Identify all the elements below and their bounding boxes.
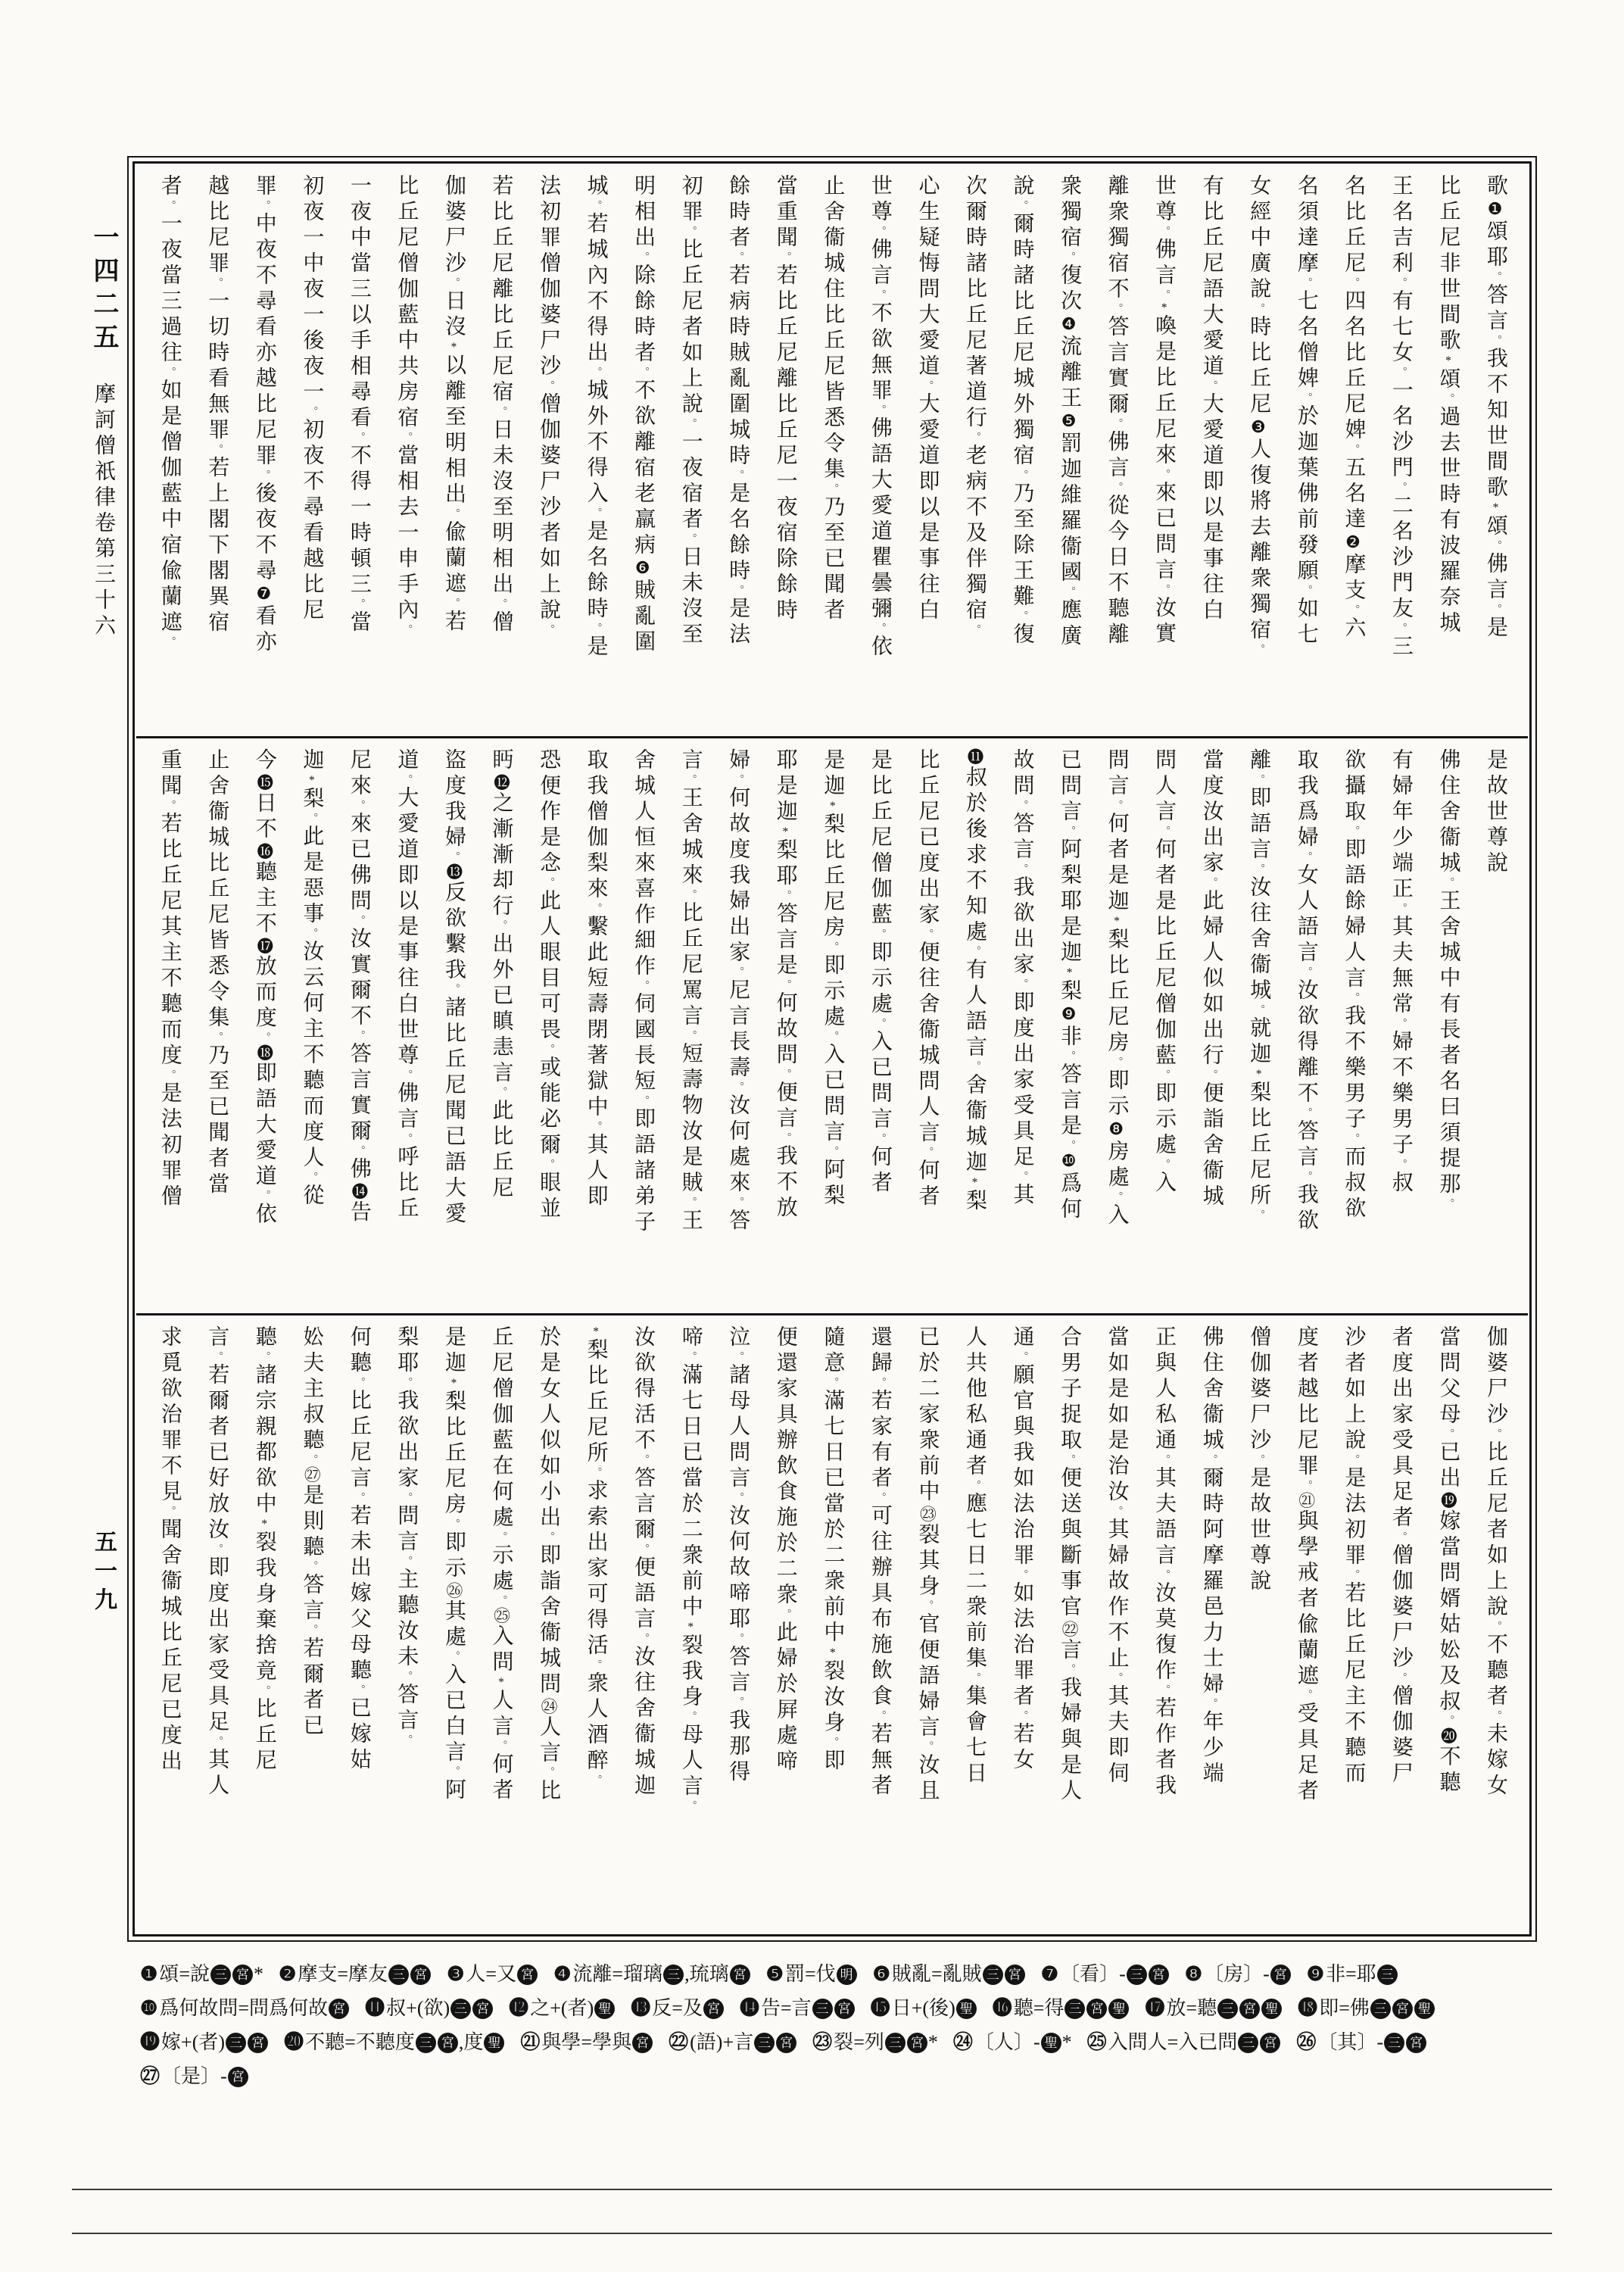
text-column: 度者越比尼罪。㉑與學戒者偸蘭遮。受具足者 (1282, 1325, 1329, 1924)
punctuation: 。 (354, 800, 365, 812)
edition-siglum: 聖 (1041, 2033, 1061, 2053)
text-column: 耶是迦*梨耶。答言是。何故問。便言。我不放 (761, 748, 809, 1309)
punctuation: 。 (780, 1069, 791, 1081)
text-column: 丘尼僧伽藍在何處。示處。㉕入問*人言。何者 (477, 1325, 525, 1924)
text-column: 離。即語言。汝往舍衞城。就迦*梨比丘尼所。 (1235, 748, 1283, 1309)
punctuation: 。 (732, 470, 743, 482)
footnote-entry: ⓱放=聽三宮聖 (1145, 1991, 1283, 2025)
footnote-number: ❾ (1307, 1963, 1324, 1985)
text-block-inner-border: 歌❶頌耶。答言。我不知世間歌*頌。佛言。是比丘尼非世間歌*頌。過去世時有波羅奈城… (132, 161, 1532, 1937)
text-column: 人共他私通者。應七日二衆前集。集會七日 (950, 1325, 998, 1924)
footnote-number: ㉓ (812, 2031, 832, 2053)
punctuation: 。 (827, 1377, 838, 1389)
punctuation: 。 (1064, 1664, 1075, 1676)
variant-asterisk-mark: * (1111, 915, 1124, 928)
footnote-marker: ❷ (1344, 533, 1362, 553)
footnote-number: ⓱ (1145, 1997, 1164, 2019)
text-column: 比丘尼已度出家。便往舍衞城問人言。何者 (903, 748, 951, 1309)
edition-siglum: 宮 (1086, 1999, 1107, 2019)
punctuation: 。 (591, 507, 602, 520)
punctuation: 。 (732, 1633, 743, 1645)
footnote-number: ㉕ (1087, 2031, 1107, 2053)
punctuation: 。 (306, 1454, 317, 1466)
punctuation: 。 (921, 380, 933, 392)
punctuation: 。 (591, 1659, 602, 1671)
bottom-rule-lower (72, 2233, 1552, 2234)
text-column: 便還家具辦飲食施於二衆。此婦於屛處啼 (761, 1325, 809, 1924)
punctuation: 。 (1206, 380, 1217, 392)
footnote-number: ⓭ (631, 1997, 650, 2019)
footnote-apparatus: ❶頌=說三宮*❷摩支=摩友三宮❸人=又宮❹流離=瑠璃三,琉璃宮❺罰=伐明❻賊亂=… (140, 1957, 1541, 2093)
text-column: 汝欲得活不。答言爾。便語言。汝往舍衞城迦 (619, 1325, 667, 1924)
footnote-marker: ㉖ (444, 1582, 463, 1599)
punctuation: 。 (543, 380, 554, 392)
punctuation: 。 (1158, 469, 1170, 481)
volume-title-label: 摩訶僧祇律卷第三十六 (88, 382, 118, 640)
footnote-marker: ⓴ (1439, 1727, 1457, 1745)
text-column: 衆獨宿。復次❹流離王❺罰迦維羅衞國。應廣 (1046, 174, 1093, 732)
punctuation: 。 (591, 1467, 602, 1479)
footnote-number: ㉖ (1296, 2031, 1316, 2053)
footnote-marker: ㉑ (1297, 1492, 1315, 1509)
punctuation: 。 (591, 623, 602, 635)
punctuation: 。 (354, 432, 365, 444)
punctuation: 。 (211, 1543, 223, 1556)
text-column: 是迦*梨比丘尼房。即示㉖其處。入已白言。阿 (429, 1325, 477, 1924)
edition-siglum: 聖 (1414, 1999, 1435, 2019)
text-column: 離衆獨宿不。答言實爾。佛言。從今日不聽離 (1093, 174, 1140, 732)
punctuation: 。 (1490, 604, 1501, 616)
punctuation: 。 (732, 1197, 743, 1209)
variant-asterisk-mark: * (968, 1176, 981, 1189)
footnote-entry: ⓲即=佛三宮聖 (1298, 1991, 1435, 2025)
footnote-marker: ❽ (1108, 1120, 1126, 1140)
text-column: 隨意。滿七日已當於二衆前中*裂汝身。即 (809, 1325, 856, 1924)
punctuation: 。 (543, 1767, 554, 1779)
punctuation: 。 (354, 598, 365, 610)
footnote-entry: ❿爲何故問=問爲何故宮 (140, 1991, 350, 2025)
punctuation: 。 (259, 200, 270, 212)
register-divider-1 (136, 736, 1528, 738)
punctuation: 。 (685, 1711, 697, 1723)
register-3: 伽婆尸沙。比丘尼者如上說。不聽者。未嫁女當問父母。已出⓳嫁當問婿姑妐及叔。⓴不聽… (145, 1325, 1519, 1924)
punctuation: 。 (211, 277, 223, 289)
edition-siglum: 宮 (438, 2033, 458, 2053)
punctuation: 。 (1301, 966, 1312, 978)
punctuation: 。 (1395, 1531, 1407, 1543)
punctuation: 。 (637, 367, 649, 379)
punctuation: 。 (637, 1454, 649, 1466)
punctuation: 。 (306, 406, 317, 418)
punctuation: 。 (496, 1087, 507, 1099)
footnote-entry: ㉑與學=學與宮 (520, 2025, 653, 2059)
text-column: 餘時者。若病時賊亂圍城時。是名餘時。是法 (714, 174, 762, 732)
punctuation: 。 (1111, 482, 1123, 494)
punctuation: 。 (827, 941, 838, 953)
punctuation: 。 (827, 1737, 838, 1749)
edition-siglum: 明 (837, 1965, 857, 1985)
punctuation: 。 (1490, 335, 1501, 347)
text-column: 妐夫主叔聽。㉗是則聽。答言。若爾者已 (288, 1325, 335, 1924)
punctuation: 。 (732, 966, 743, 978)
text-column: 佛住舍衞城。王舍城中有長者名曰須提那。 (1424, 748, 1472, 1309)
footnote-number: ㉑ (520, 2031, 540, 2053)
text-column: 世尊。佛言。不欲無罪。佛語大愛道瞿曇彌。依 (856, 174, 903, 732)
punctuation: 。 (354, 1377, 365, 1389)
punctuation: 。 (1301, 1690, 1312, 1702)
punctuation: 。 (401, 774, 412, 786)
footnote-marker: ❾ (1060, 1005, 1078, 1025)
edition-siglum: 聖 (594, 1999, 615, 2019)
punctuation: 。 (1111, 1056, 1123, 1069)
footnote-entry: ❽〔房〕-宮 (1185, 1957, 1292, 1991)
variant-asterisk-mark: * (1252, 1068, 1265, 1081)
edition-siglum: 三 (210, 1965, 231, 1985)
edition-siglum: 宮 (632, 2033, 653, 2053)
bottom-rule-upper (72, 2189, 1552, 2190)
punctuation: 。 (591, 1774, 602, 1787)
text-column: 已於二家衆前中㉓裂其身。官便語婦言。汝且 (903, 1325, 951, 1924)
edition-siglum: 宮 (730, 1965, 750, 1985)
edition-siglum: 宮 (834, 1999, 855, 2019)
edition-siglum: 宮 (907, 2033, 927, 2053)
punctuation: 。 (1206, 1454, 1217, 1466)
text-column: 世尊。佛言。*喚是比丘尼來。來已問言。汝實 (1140, 174, 1188, 732)
punctuation: 。 (1206, 1069, 1217, 1081)
text-column: 次爾時諸比丘尼著道行。老病不及伴獨宿。 (950, 174, 998, 732)
footnote-marker: ⓰ (255, 843, 273, 860)
punctuation: 。 (543, 1531, 554, 1543)
text-number-label: 一四二五 (85, 223, 122, 357)
text-column: 女經中廣說。時比丘尼❸人復將去離衆獨宿。 (1235, 174, 1283, 732)
footnote-marker: ❺ (1060, 412, 1078, 432)
text-column: 比丘尼僧伽藍中共房宿。當相去一申手內。 (382, 174, 430, 732)
text-column: 通。願官與我如法治罪。如法治罪者。若女 (998, 1325, 1046, 1924)
punctuation: 。 (1158, 1454, 1170, 1466)
footnote-marker: ㉔ (539, 1698, 557, 1715)
edition-siglum: 三 (754, 2033, 775, 2053)
footnote-marker: ⓯ (255, 774, 273, 791)
text-column: 聽。諸宗親都欲中*裂我身棄捨竟。比丘尼 (240, 1325, 288, 1924)
punctuation: 。 (543, 1159, 554, 1171)
footnote-number: ⓰ (993, 1997, 1012, 2019)
punctuation: 。 (496, 1740, 507, 1752)
punctuation: 。 (1348, 444, 1359, 456)
edition-siglum: 宮 (472, 1999, 493, 2019)
punctuation: 。 (164, 800, 176, 812)
punctuation: 。 (732, 1696, 743, 1709)
punctuation: 。 (1395, 482, 1407, 494)
footnote-number: ❹ (553, 1963, 571, 1985)
punctuation: 。 (1442, 877, 1454, 889)
edition-siglum: 三 (1064, 1999, 1085, 2019)
punctuation: 。 (164, 1069, 176, 1081)
footnote-number: ⓯ (871, 1997, 890, 2019)
text-column: 歌❶頌耶。答言。我不知世間歌*頌。佛言。是 (1471, 174, 1519, 732)
footnote-marker: ⓮ (350, 1183, 368, 1200)
punctuation: 。 (1395, 903, 1407, 915)
text-column: 泣。諸母人問言。汝何故啼耶。答言。我那得 (714, 1325, 762, 1924)
punctuation: 。 (1395, 1159, 1407, 1171)
footnote-number: ❼ (1041, 1963, 1058, 1985)
punctuation: 。 (354, 1145, 365, 1157)
text-column: 何聽。比丘尼言。若未出嫁父母聽。已嫁姑 (335, 1325, 382, 1924)
footnote-number: ❸ (447, 1963, 464, 1985)
punctuation: 。 (637, 1095, 649, 1107)
punctuation: 。 (874, 1710, 886, 1722)
edition-siglum: 聖 (1261, 1999, 1282, 2019)
variant-asterisk-mark: * (779, 825, 792, 838)
text-column: 合男子捉取。便送與斷事官㉒言。我婦與是人 (1046, 1325, 1093, 1924)
text-column: 初罪。比丘尼者如上說。一夜宿者。日未沒至 (666, 174, 714, 732)
punctuation: 。 (1158, 1684, 1170, 1696)
edition-siglum: 宮 (232, 1965, 253, 1985)
punctuation: 。 (448, 598, 460, 610)
punctuation: 。 (732, 1081, 743, 1094)
text-column: 佛住舍衞城。爾時阿摩羅邑力士婦。年少端 (1187, 1325, 1235, 1924)
edition-siglum: 宮 (1270, 1965, 1291, 1985)
text-column: 心生疑悔問大愛道。大愛道即以是事往白 (903, 174, 951, 732)
punctuation: 。 (1348, 1133, 1359, 1145)
page-number-label: 五一九 (86, 1530, 120, 1616)
text-column: 取我僧伽梨來。繫此短壽閉著獄中。其人即 (572, 748, 619, 1309)
text-column: 止舍衞城住比丘尼皆悉令集。乃至已聞者 (809, 174, 856, 732)
text-column: 還歸。若家有者。可往辦具布施飲食。若無者 (856, 1325, 903, 1924)
text-column: 僧伽婆尸沙。是故世尊說 (1235, 1325, 1283, 1924)
punctuation: 。 (921, 928, 933, 941)
punctuation: 。 (591, 903, 602, 915)
edition-siglum: 三 (812, 1999, 833, 2019)
text-column: 是比丘尼僧伽藍。即示處。入已問言。何者 (856, 748, 903, 1309)
edition-siglum: 三 (1217, 1999, 1238, 2019)
punctuation: 。 (1111, 418, 1123, 430)
footnote-entry: ❺罰=伐明 (766, 1957, 858, 1991)
text-column: 言。若爾者已好放汝。即度出家受具足。其人 (193, 1325, 241, 1924)
punctuation: 。 (401, 1377, 412, 1389)
punctuation: 。 (496, 598, 507, 610)
punctuation: 。 (1301, 392, 1312, 404)
variant-asterisk-mark: * (1489, 501, 1502, 514)
text-column: 正與人私通。其夫語言。汝莫復作。若作者我 (1140, 1325, 1188, 1924)
punctuation: 。 (1017, 1171, 1028, 1183)
punctuation: 。 (685, 1030, 697, 1042)
edition-siglum: 聖 (484, 2033, 504, 2053)
canon-page: 一四二五 摩訶僧祇律卷第三十六 五一九 歌❶頌耶。答言。我不知世間歌*頌。佛言。… (0, 0, 1624, 2272)
text-column: 城。若城內不得出。城外不得入。是名餘時。是 (572, 174, 619, 732)
punctuation: 。 (1395, 1018, 1407, 1030)
punctuation: 。 (637, 980, 649, 992)
punctuation: 。 (1017, 1569, 1028, 1581)
punctuation: 。 (874, 928, 886, 941)
punctuation: 。 (401, 432, 412, 444)
punctuation: 。 (1253, 1004, 1264, 1016)
punctuation: 。 (306, 1624, 317, 1637)
punctuation: 。 (1490, 1428, 1501, 1440)
footnote-number: ❺ (766, 1963, 784, 1985)
punctuation: 。 (874, 1133, 886, 1145)
text-column: 罪。中夜不尋看亦越比尼罪。後夜不尋❼看亦 (240, 174, 288, 732)
punctuation: 。 (637, 1633, 649, 1645)
punctuation: 。 (1348, 1569, 1359, 1581)
punctuation: 。 (354, 1030, 365, 1042)
text-column: 恐便作是念。此人眼目可畏。或能必爾。眼並 (525, 748, 572, 1309)
footnote-entry: ⓬之+(者)聖 (509, 1991, 616, 2025)
edition-siglum: 宮 (1406, 2033, 1426, 2053)
edition-siglum: 聖 (1108, 1999, 1129, 2019)
punctuation: 。 (591, 367, 602, 379)
punctuation: 。 (1111, 1672, 1123, 1684)
punctuation: 。 (211, 1351, 223, 1363)
footnote-entry: ❹流離=瑠璃三,琉璃宮 (553, 1957, 751, 1991)
punctuation: 。 (874, 623, 886, 635)
variant-asterisk-mark: * (826, 1646, 839, 1659)
punctuation: 。 (969, 1061, 980, 1073)
punctuation: 。 (732, 251, 743, 264)
punctuation: 。 (1111, 1506, 1123, 1518)
punctuation: 。 (1017, 1710, 1028, 1722)
punctuation: 。 (211, 1736, 223, 1748)
punctuation: 。 (685, 226, 697, 238)
punctuation: 。 (1017, 200, 1028, 212)
edition-siglum: 三 (663, 1965, 684, 1985)
punctuation: 。 (637, 1543, 649, 1556)
text-column: 求覓欲治罪不見。聞舍衞城比丘尼已度出 (145, 1325, 193, 1924)
punctuation: 。 (1253, 863, 1264, 875)
footnote-number: ⓬ (509, 1997, 528, 2019)
footnote-number: ⓫ (365, 1997, 385, 2019)
punctuation: 。 (874, 404, 886, 417)
punctuation: 。 (401, 1671, 412, 1683)
text-column: 法初罪僧伽婆尸沙。僧伽婆尸沙者如上說。 (525, 174, 572, 732)
text-column: 一夜中當三以手相尋看。不得一時頓三。當 (335, 174, 382, 732)
edition-siglum: 三 (226, 2033, 246, 2053)
punctuation: 。 (685, 1351, 697, 1363)
footnote-marker: ⓫ (965, 748, 983, 766)
edition-siglum: 聖 (956, 1999, 977, 2019)
text-column: 言。王舍城來。比丘尼罵言。短壽物汝是賊。王 (666, 748, 714, 1309)
footnote-number: ⓲ (1298, 1997, 1317, 2019)
text-column: 王名吉利。有七女。一名沙門。二名沙門友。三 (1376, 174, 1424, 732)
punctuation: 。 (1158, 289, 1170, 301)
punctuation: 。 (1253, 303, 1264, 315)
punctuation: 。 (1348, 992, 1359, 1004)
footnote-entry: ⓴不聽=不聽度三宮,度聖 (284, 2025, 505, 2059)
punctuation: 。 (1442, 1198, 1454, 1210)
text-column: 道。大愛道即以是事往白世尊。佛言。呼比丘 (382, 748, 430, 1309)
punctuation: 。 (401, 1492, 412, 1504)
footnote-marker: ❹ (1060, 315, 1078, 335)
punctuation: 。 (685, 533, 697, 545)
footnote-marker: ㉕ (492, 1607, 510, 1624)
punctuation: 。 (1490, 1621, 1501, 1633)
text-column: 重聞。若比丘尼其主不聽而度。是法初罪僧 (145, 748, 193, 1309)
punctuation: 。 (543, 877, 554, 889)
punctuation: 。 (1348, 825, 1359, 838)
text-column: 啼。滿七日已當於二衆前中*裂我身。母人言。 (666, 1325, 714, 1924)
punctuation: 。 (827, 1031, 838, 1043)
text-column: 是迦*梨比丘尼房。即示處。入已問言。阿梨 (809, 748, 856, 1309)
punctuation: 。 (1158, 584, 1170, 596)
footnote-entry: ㉕入問人=入已問三宮 (1087, 2025, 1282, 2059)
footnote-number: ⓮ (740, 1997, 759, 2019)
text-column: 名比丘尼。四名比丘尼婢。五名達❷摩支。六 (1329, 174, 1377, 732)
punctuation: 。 (401, 1069, 412, 1081)
footnote-entry: ⓭反=及宮 (631, 1991, 725, 2025)
punctuation: 。 (1253, 1209, 1264, 1222)
edition-siglum: 宮 (1392, 1999, 1413, 2019)
footnote-entry: ㉗〔是〕-宮 (140, 2059, 249, 2093)
punctuation: 。 (827, 1146, 838, 1158)
punctuation: 。 (448, 1518, 460, 1531)
register-divider-2 (136, 1313, 1528, 1315)
edition-siglum: 三 (1127, 1965, 1147, 1985)
punctuation: 。 (543, 624, 554, 636)
variant-asterisk-mark: * (684, 1621, 697, 1634)
punctuation: 。 (306, 1172, 317, 1184)
punctuation: 。 (448, 984, 460, 996)
punctuation: 。 (164, 200, 176, 212)
footnote-entry: ❼〔看〕-三宮 (1041, 1957, 1170, 1991)
punctuation: 。 (1442, 1428, 1454, 1440)
variant-asterisk-mark: * (305, 774, 318, 787)
punctuation: 。 (306, 1561, 317, 1573)
punctuation: 。 (1158, 1569, 1170, 1581)
footnote-entry: ⓯日+(後)聖 (871, 1991, 977, 2025)
punctuation: 。 (1111, 303, 1123, 315)
punctuation: 。 (496, 406, 507, 418)
footnote-entry: ㉔〔人〕-聖* (953, 2025, 1072, 2059)
punctuation: 。 (1064, 1050, 1075, 1063)
footnote-marker: ㉒ (1060, 1621, 1078, 1638)
footnote-marker: ❶ (1486, 200, 1504, 220)
punctuation: 。 (448, 1651, 460, 1663)
punctuation: 。 (921, 1741, 933, 1753)
register-1: 歌❶頌耶。答言。我不知世間歌*頌。佛言。是比丘尼非世間歌*頌。過去世時有波羅奈城… (145, 174, 1519, 732)
punctuation: 。 (1395, 623, 1407, 635)
punctuation: 。 (259, 1351, 270, 1363)
punctuation: 。 (448, 1766, 460, 1778)
footnote-entry: ⓮告=言三宮 (740, 1991, 856, 2025)
punctuation: 。 (732, 774, 743, 786)
variant-asterisk-mark: * (1063, 966, 1076, 979)
edition-siglum: 三 (885, 2033, 906, 2053)
text-column: ⓫叔於後求不知處。有人語言。舍衞城迦*梨 (950, 748, 998, 1309)
punctuation: 。 (1158, 1069, 1170, 1081)
edition-siglum: 宮 (703, 1999, 724, 2019)
footnote-number: ❿ (140, 1997, 157, 2019)
punctuation: 。 (306, 928, 317, 940)
text-column: 名須達摩。七名僧婢。於迦葉佛前發願。如七 (1282, 174, 1329, 732)
punctuation: 。 (543, 1044, 554, 1056)
text-column: 於是女人似如小出。即詣舍衞城問㉔人言。比 (525, 1325, 572, 1924)
variant-asterisk-mark: * (495, 1676, 508, 1689)
footnote-number: ㉔ (953, 2031, 973, 2053)
punctuation: 。 (306, 813, 317, 825)
edition-siglum: 三 (1238, 2033, 1258, 2053)
edition-siglum: 三 (983, 1965, 1003, 1985)
punctuation: 。 (496, 1531, 507, 1543)
punctuation: 。 (1064, 825, 1075, 838)
punctuation: 。 (685, 774, 697, 786)
edition-siglum: 宮 (776, 2033, 796, 2053)
punctuation: 。 (1064, 1140, 1075, 1152)
punctuation: 。 (354, 1684, 365, 1696)
variant-asterisk-mark: * (1158, 301, 1170, 314)
punctuation: 。 (1348, 1454, 1359, 1466)
punctuation: 。 (1395, 367, 1407, 379)
punctuation: 。 (401, 1556, 412, 1568)
punctuation: 。 (448, 851, 460, 863)
